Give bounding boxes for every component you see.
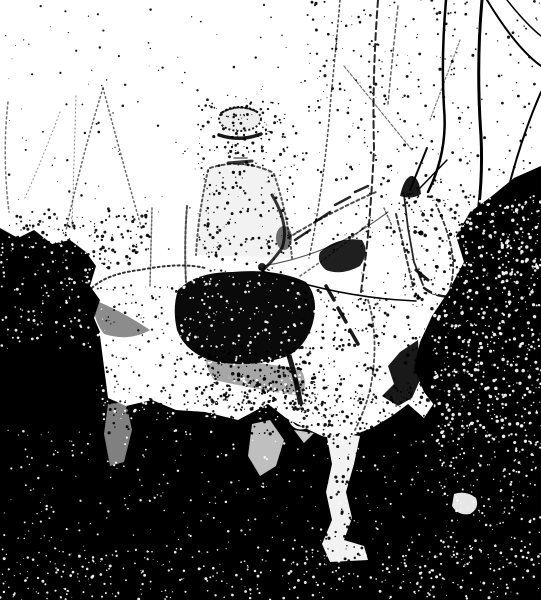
photo-canvas: [0, 0, 541, 600]
face-dot: [231, 146, 233, 148]
collar-line: [228, 161, 252, 163]
face-dot: [246, 147, 248, 149]
horse-eye: [419, 231, 424, 236]
photograph: [0, 0, 541, 600]
hands: [258, 263, 266, 271]
